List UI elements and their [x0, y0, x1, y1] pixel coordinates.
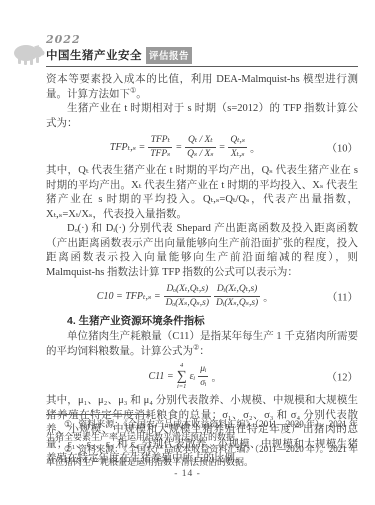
report-title: 中国生猪产业安全: [46, 47, 142, 63]
page-header: 2022 中国生猪产业安全 评估报告: [46, 33, 358, 64]
footnote-2-text: 资料来源：《全国农产品成本收益资料汇编》（2011—2020 年）。2021 年…: [46, 444, 358, 467]
report-title-row: 中国生猪产业安全 评估报告: [46, 47, 358, 64]
paragraph-3: 其中，Qₜ 代表生猪产业在 t 时期的平均产出，Qₛ 代表生猪产业在 s 时期的…: [46, 164, 358, 222]
equation-number-10: （10）: [327, 140, 359, 155]
numerator: Dₒ(Xₜ,Qₜ,s): [164, 284, 211, 297]
formula-10-fraction-3: Qₜ,ₛXₜ,ₛ: [228, 135, 247, 160]
paragraph-5-tail: ：: [199, 346, 210, 357]
paragraph-5: 单位猪肉生产耗粮量（C11）是指某年每生产 1 千克猪肉所需要的平均饲料粮数量。…: [46, 330, 358, 359]
formula-11-lhs: C10 = TFPₜ,ₛ =: [97, 291, 161, 302]
page-number: - 14 -: [0, 469, 375, 479]
formula-12: C11 = 4 ∑ i=1 εᵢ μᵢσᵢ 。 （12）: [46, 363, 358, 390]
denominator: TFPₛ: [148, 148, 172, 160]
numerator: Qₜ / Xₜ: [185, 135, 215, 148]
denominator: Xₜ,ₛ: [228, 148, 247, 160]
formula-10: TFPₜ,ₛ = TFPₜTFPₛ = Qₜ / XₜQₛ / Xₛ = Qₜ,…: [46, 135, 358, 160]
page-body: 资本等要素投入成本的比值，利用 DEA-Malmquist-hs 模型进行测量。…: [46, 73, 358, 467]
formula-12-lhs: C11 =: [149, 371, 174, 382]
equation-number-11: （11）: [327, 289, 358, 304]
paragraph-4: Dₒ(·) 和 Dᵢ(·) 分别代表 Shepard 产出距离函数及投入距离函数…: [46, 222, 358, 280]
formula-10-lhs: TFPₜ,ₛ =: [110, 142, 145, 153]
footnote-2-marker: ②: [64, 444, 78, 454]
paragraph-2: 生猪产业在 t 时期相对于 s 时期（s=2012）的 TFP 指数计算公式为：: [46, 102, 358, 131]
formula-11-fraction-2: Dᵢ(Xₜ,Qₜ,s)Dᵢ(Xₛ,Qₛ,s): [214, 284, 260, 309]
equals-sign: =: [219, 142, 226, 153]
footnote-1-marker: ①: [64, 419, 78, 429]
numerator: μᵢ: [198, 364, 208, 377]
epsilon-term: εᵢ: [190, 371, 196, 382]
footnote-1: ①资料来源：《全国农产品成本收益资料汇编》（2011—2020 年）。2021 …: [46, 418, 358, 443]
summation-symbol: 4 ∑ i=1: [177, 363, 187, 390]
paragraph-1: 资本等要素投入成本的比值，利用 DEA-Malmquist-hs 模型进行测量。…: [46, 73, 358, 102]
footnote-separator: [46, 414, 150, 415]
denominator: Dᵢ(Xₛ,Qₛ,s): [214, 297, 260, 309]
footnote-1-text: 资料来源：《全国农产品成本收益资料汇编》（2011—2020 年）。2021 年…: [46, 419, 358, 442]
equation-number-12: （12）: [327, 369, 359, 384]
report-title-badge: 评估报告: [146, 47, 192, 64]
formula-10-fraction-1: TFPₜTFPₛ: [148, 135, 172, 160]
formula-10-fraction-2: Qₜ / XₜQₛ / Xₛ: [185, 135, 215, 160]
formula-12-fraction: μᵢσᵢ: [198, 364, 208, 389]
formula-11-fraction-1: Dₒ(Xₜ,Qₜ,s)Dₒ(Xₛ,Qₛ,s): [164, 284, 211, 309]
section-heading-4: 4. 生猪产业资源环境条件指标: [46, 313, 358, 329]
formula-period: 。: [211, 369, 221, 384]
denominator: Qₛ / Xₛ: [185, 148, 215, 160]
sigma-icon: ∑: [177, 370, 187, 384]
formula-11: C10 = TFPₜ,ₛ = Dₒ(Xₜ,Qₜ,s)Dₒ(Xₛ,Qₛ,s) Dᵢ…: [46, 284, 358, 309]
numerator: TFPₜ: [148, 135, 172, 148]
sum-lower-limit: i=1: [177, 384, 186, 391]
equals-sign: =: [175, 142, 182, 153]
formula-period: 。: [263, 289, 273, 304]
footnotes: ①资料来源：《全国农产品成本收益资料汇编》（2011—2020 年）。2021 …: [46, 418, 358, 468]
pig-logo-icon: [13, 42, 45, 66]
denominator: σᵢ: [198, 377, 208, 389]
header-rule: [46, 66, 358, 67]
footnote-2: ②资料来源：《全国农产品成本收益资料汇编》（2011—2020 年）。2021 …: [46, 443, 358, 468]
report-page: 2022 中国生猪产业安全 评估报告 资本等要素投入成本的比值，利用 DEA-M…: [0, 0, 375, 505]
denominator: Dₒ(Xₛ,Qₛ,s): [164, 297, 211, 309]
numerator: Qₜ,ₛ: [228, 135, 247, 148]
report-year: 2022: [46, 33, 358, 46]
numerator: Dᵢ(Xₜ,Qₜ,s): [214, 284, 260, 297]
paragraph-1-tail: 。: [136, 89, 147, 100]
paragraph-1-text: 资本等要素投入成本的比值，利用 DEA-Malmquist-hs 模型进行测量。…: [46, 74, 358, 100]
formula-period: 。: [250, 140, 260, 155]
